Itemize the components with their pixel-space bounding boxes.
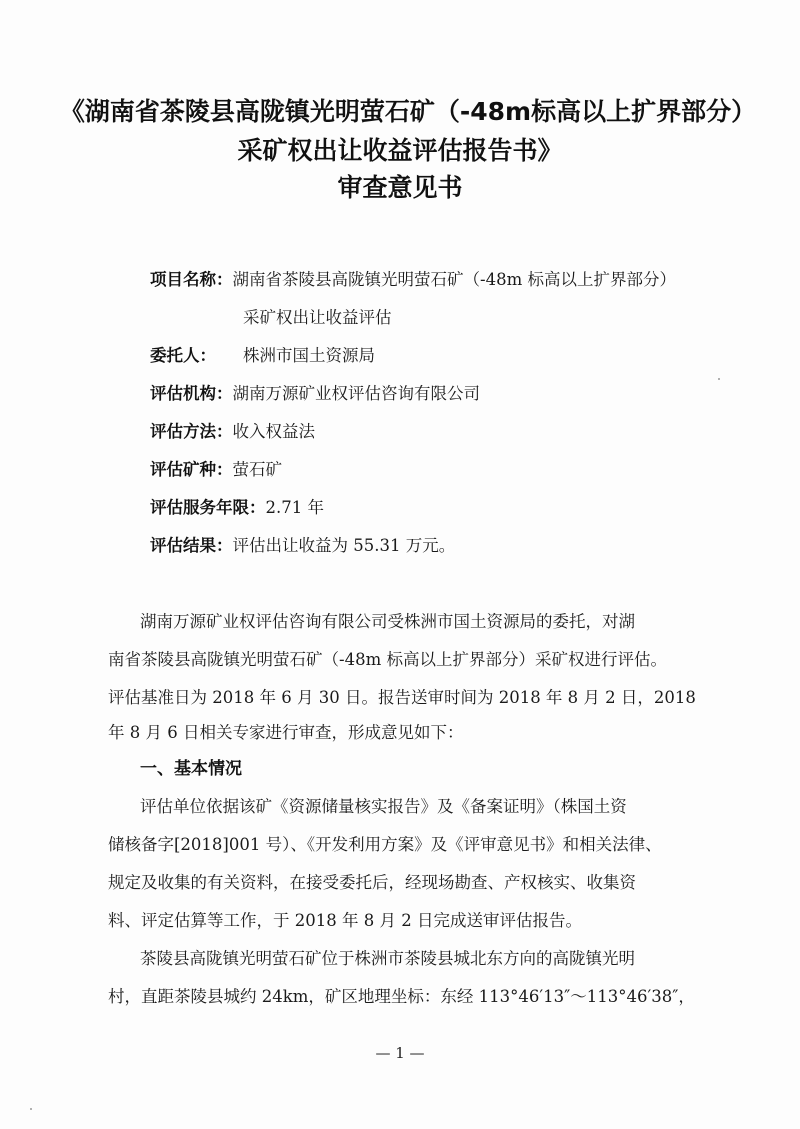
field-value: 湖南万源矿业权评估咨询有限公司 (233, 384, 481, 403)
field-label: 评估矿种： (150, 460, 233, 479)
field-value: 株洲市国土资源局 (243, 346, 375, 366)
field-client: 委托人：株洲市国土资源局 (150, 346, 216, 366)
page-number: — 1 — (0, 1044, 800, 1062)
paragraph-line: 评估基准日为 2018 年 6 月 30 日。报告送审时间为 2018 年 8 … (108, 688, 738, 708)
field-label: 评估服务年限： (150, 498, 266, 517)
field-project-name-continued: 采矿权出让收益评估 (243, 308, 392, 328)
paragraph-line: 储核备字[2018]001 号）、《开发利用方案》及《评审意见书》和相关法律、 (108, 835, 738, 855)
field-value: 收入权益法 (233, 422, 316, 441)
paragraph-line: 南省茶陵县高陇镇光明萤石矿（-48m 标高以上扩界部分）采矿权进行评估。 (108, 650, 738, 670)
scan-speck (30, 1108, 32, 1110)
paragraph-line: 年 8 月 6 日相关专家进行审查，形成意见如下： (108, 723, 738, 743)
scan-speck (718, 378, 720, 380)
field-evaluator: 评估机构：湖南万源矿业权评估咨询有限公司 (150, 384, 480, 404)
field-label: 评估机构： (150, 384, 233, 403)
field-label: 评估方法： (150, 422, 233, 441)
field-value: 评估出让收益为 55.31 万元。 (233, 536, 456, 555)
field-label: 项目名称： (150, 270, 233, 289)
field-result: 评估结果：评估出让收益为 55.31 万元。 (150, 536, 455, 556)
field-label: 委托人： (150, 346, 216, 365)
paragraph-line: 村，直距茶陵县城约 24km，矿区地理坐标：东经 113°46′13″～113°… (108, 987, 738, 1007)
paragraph-line: 湖南万源矿业权评估咨询有限公司受株洲市国土资源局的委托，对湖 (140, 612, 738, 632)
field-value: 湖南省茶陵县高陇镇光明萤石矿（-48m 标高以上扩界部分） (233, 270, 676, 289)
field-method: 评估方法：收入权益法 (150, 422, 315, 442)
field-mineral-type: 评估矿种：萤石矿 (150, 460, 282, 480)
field-value: 2.71 年 (266, 498, 324, 517)
document-title-line-3: 审查意见书 (0, 168, 800, 204)
field-label: 评估结果： (150, 536, 233, 555)
field-value: 采矿权出让收益评估 (243, 308, 392, 327)
paragraph-line: 规定及收集的有关资料，在接受委托后，经现场勘查、产权核实、收集资 (108, 873, 738, 893)
document-title-line-1: 《湖南省茶陵县高陇镇光明萤石矿（-48m标高以上扩界部分） (8, 92, 800, 128)
paragraph-line: 评估单位依据该矿《资源储量核实报告》及《备案证明》（株国土资 (140, 797, 738, 817)
field-value: 萤石矿 (233, 460, 283, 479)
field-service-years: 评估服务年限：2.71 年 (150, 498, 324, 518)
document-title-line-2: 采矿权出让收益评估报告书》 (0, 131, 800, 167)
paragraph-line: 茶陵县高陇镇光明萤石矿位于株洲市茶陵县城北东方向的高陇镇光明 (140, 949, 738, 969)
section-heading: 一、基本情况 (140, 759, 242, 779)
field-project-name: 项目名称：湖南省茶陵县高陇镇光明萤石矿（-48m 标高以上扩界部分） (150, 270, 676, 290)
document-page: 《湖南省茶陵县高陇镇光明萤石矿（-48m标高以上扩界部分） 采矿权出让收益评估报… (0, 0, 800, 1129)
paragraph-line: 料、评定估算等工作，于 2018 年 8 月 2 日完成送审评估报告。 (108, 911, 738, 931)
